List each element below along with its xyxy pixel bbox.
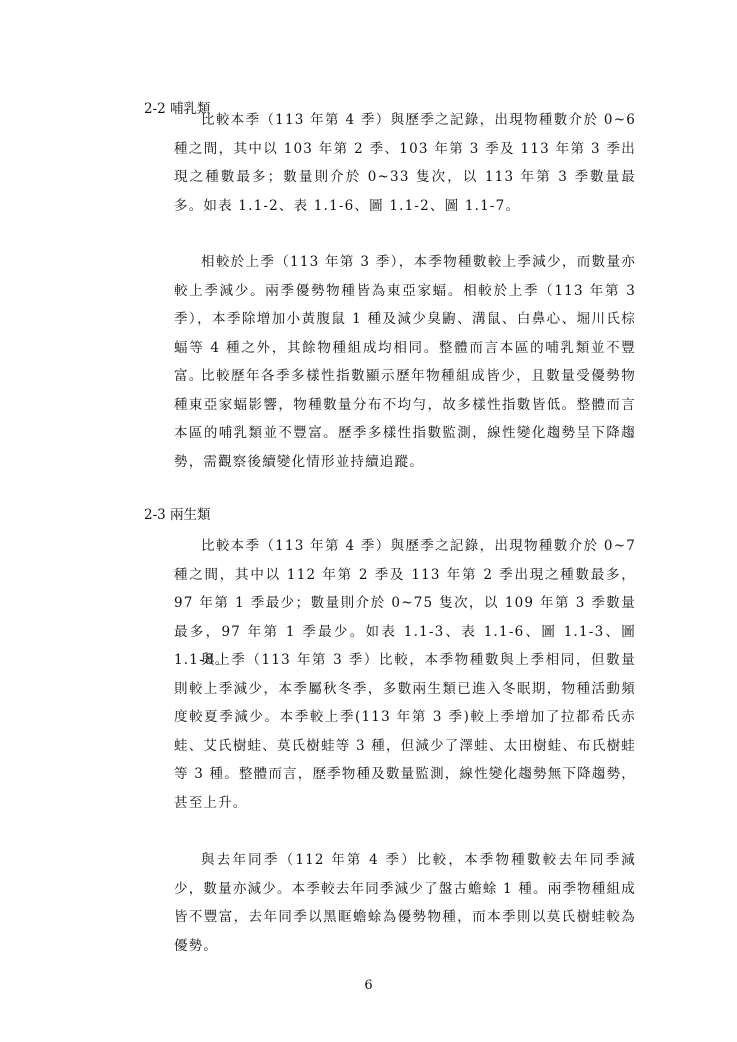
page-number: 6	[0, 978, 737, 993]
paragraph-amphibians-3: 與去年同季（112 年第 4 季）比較，本季物種數較去年同季減少，數量亦減少。本…	[174, 846, 636, 960]
section-heading-amphibians: 2-3 兩生類	[144, 506, 211, 524]
paragraph-mammals-3: 比較歷年各季多樣性指數顯示歷年物種組成皆少，且數量受優勢物種東亞家蝠影響，物種數…	[174, 362, 636, 476]
paragraph-amphibians-2: 與上季（113 年第 3 季）比較，本季物種數與上季相同，但數量則較上季減少，本…	[174, 646, 636, 818]
paragraph-mammals-1: 比較本季（113 年第 4 季）與歷季之記錄，出現物種數介於 0~6 種之間，其…	[174, 106, 636, 220]
document-page: 2-2 哺乳類 比較本季（113 年第 4 季）與歷季之記錄，出現物種數介於 0…	[0, 0, 737, 1042]
